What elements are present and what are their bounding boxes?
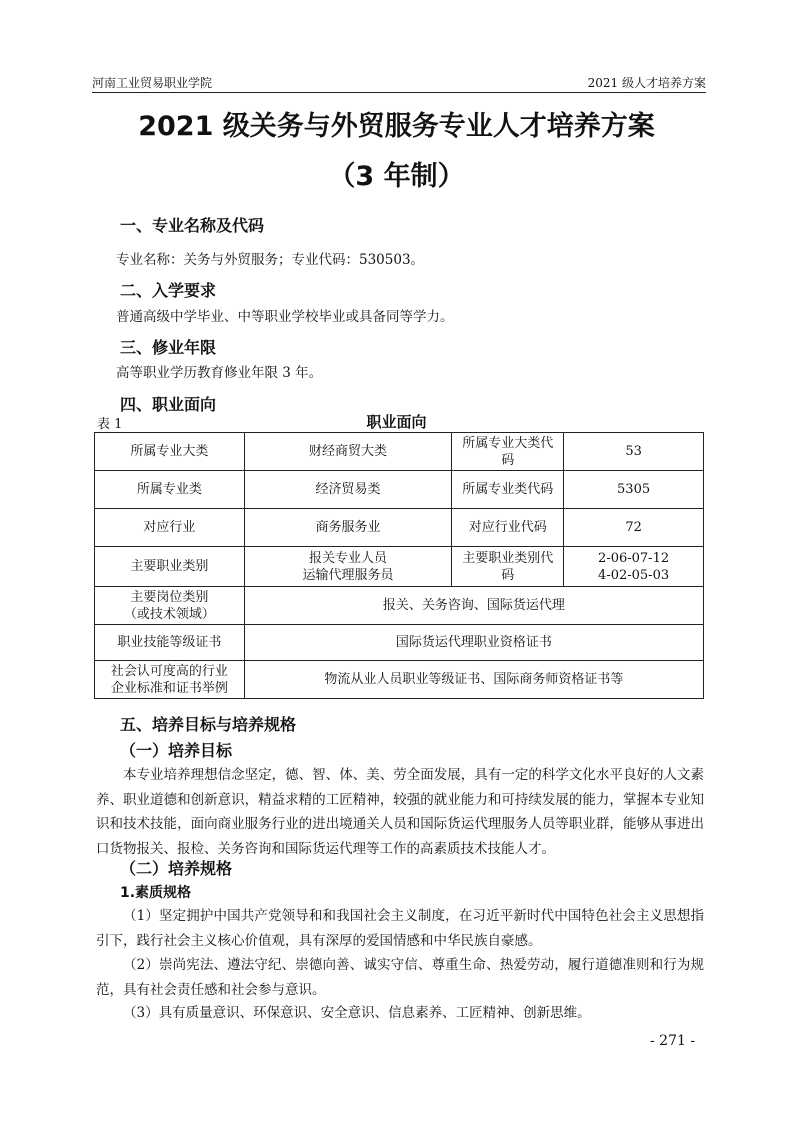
- table-cell: 经济贸易类: [244, 471, 452, 509]
- table-cell: 对应行业: [95, 509, 245, 547]
- career-orientation-table: 所属专业大类 财经商贸大类 所属专业大类代码 53 所属专业类 经济贸易类 所属…: [94, 432, 704, 699]
- section-heading-5: 五、培养目标与培养规格: [120, 712, 296, 735]
- cell-line: （或技术领域）: [99, 606, 240, 623]
- section-heading-2: 二、入学要求: [120, 278, 216, 301]
- table-cell: 2-06-07-124-02-05-03: [564, 547, 704, 587]
- section-text-2: 普通高级中学毕业、中等职业学校毕业或具备同等学力。: [116, 305, 454, 325]
- table-row: 所属专业大类 财经商贸大类 所属专业大类代码 53: [95, 433, 704, 471]
- table-row: 主要岗位类别（或技术领域） 报关、关务咨询、国际货运代理: [95, 587, 704, 625]
- table-cell: 社会认可度高的行业企业标准和证书举例: [95, 661, 245, 699]
- table-cell: 财经商贸大类: [244, 433, 452, 471]
- table-cell: 对应行业代码: [452, 509, 564, 547]
- cell-line: 2-06-07-12: [568, 550, 699, 567]
- table-row: 社会认可度高的行业企业标准和证书举例 物流从业人员职业等级证书、国际商务师资格证…: [95, 661, 704, 699]
- page-header: 河南工业贸易职业学院 2021 级人才培养方案: [92, 72, 706, 93]
- header-doc-title: 2021 级人才培养方案: [588, 74, 706, 91]
- table-cell: 5305: [564, 471, 704, 509]
- cell-line: 社会认可度高的行业: [99, 663, 240, 680]
- page-number: - 271 -: [650, 1033, 695, 1049]
- table-cell: 72: [564, 509, 704, 547]
- cell-line: 主要岗位类别: [99, 589, 240, 606]
- table-cell: 主要岗位类别（或技术领域）: [95, 587, 245, 625]
- table-cell: 53: [564, 433, 704, 471]
- table-cell: 所属专业类: [95, 471, 245, 509]
- table-cell: 商务服务业: [244, 509, 452, 547]
- table-caption: 职业面向: [0, 411, 793, 432]
- section-heading-3: 三、修业年限: [120, 335, 216, 358]
- table-cell: 主要职业类别: [95, 547, 245, 587]
- table-row: 主要职业类别 报关专业人员运输代理服务员 主要职业类别代码 2-06-07-12…: [95, 547, 704, 587]
- cell-line: 4-02-05-03: [568, 567, 699, 584]
- table-cell: 主要职业类别代码: [452, 547, 564, 587]
- spec-item-2: （2）崇尚宪法、遵法守纪、崇德向善、诚实守信、尊重生命、热爱劳动，履行道德准则和…: [96, 953, 704, 1002]
- goal-paragraph: 本专业培养理想信念坚定，德、智、体、美、劳全面发展，具有一定的科学文化水平良好的…: [96, 763, 704, 861]
- header-institution: 河南工业贸易职业学院: [92, 74, 212, 91]
- table-cell: 所属专业类代码: [452, 471, 564, 509]
- table-cell: 国际货运代理职业资格证书: [244, 625, 703, 661]
- table-cell: 所属专业大类: [95, 433, 245, 471]
- cell-line: 企业标准和证书举例: [99, 680, 240, 697]
- table-row: 所属专业类 经济贸易类 所属专业类代码 5305: [95, 471, 704, 509]
- spec-item-3: （3）具有质量意识、环保意识、安全意识、信息素养、工匠精神、创新思维。: [96, 1001, 704, 1026]
- table-cell: 所属专业大类代码: [452, 433, 564, 471]
- section-heading-1: 一、专业名称及代码: [120, 213, 264, 236]
- subsection-heading-goal: （一）培养目标: [120, 738, 232, 761]
- table-row: 职业技能等级证书 国际货运代理职业资格证书: [95, 625, 704, 661]
- table-cell: 报关专业人员运输代理服务员: [244, 547, 452, 587]
- section-text-1: 专业名称：关务与外贸服务；专业代码：530503。: [116, 248, 424, 268]
- cell-line: 运输代理服务员: [249, 567, 448, 584]
- cell-line: 报关专业人员: [249, 550, 448, 567]
- table-cell: 职业技能等级证书: [95, 625, 245, 661]
- document-title: 2021 级关务与外贸服务专业人才培养方案: [0, 104, 793, 143]
- table-row: 对应行业 商务服务业 对应行业代码 72: [95, 509, 704, 547]
- table-cell: 报关、关务咨询、国际货运代理: [244, 587, 703, 625]
- table-cell: 物流从业人员职业等级证书、国际商务师资格证书等: [244, 661, 703, 699]
- document-subtitle: （3 年制）: [0, 154, 793, 193]
- subsection-heading-spec: （二）培养规格: [120, 856, 232, 879]
- spec-item-1: （1）坚定拥护中国共产党领导和和我国社会主义制度，在习近平新时代中国特色社会主义…: [96, 904, 704, 953]
- spec-quality-heading: 1.素质规格: [120, 882, 191, 902]
- section-text-3: 高等职业学历教育修业年限 3 年。: [116, 361, 322, 381]
